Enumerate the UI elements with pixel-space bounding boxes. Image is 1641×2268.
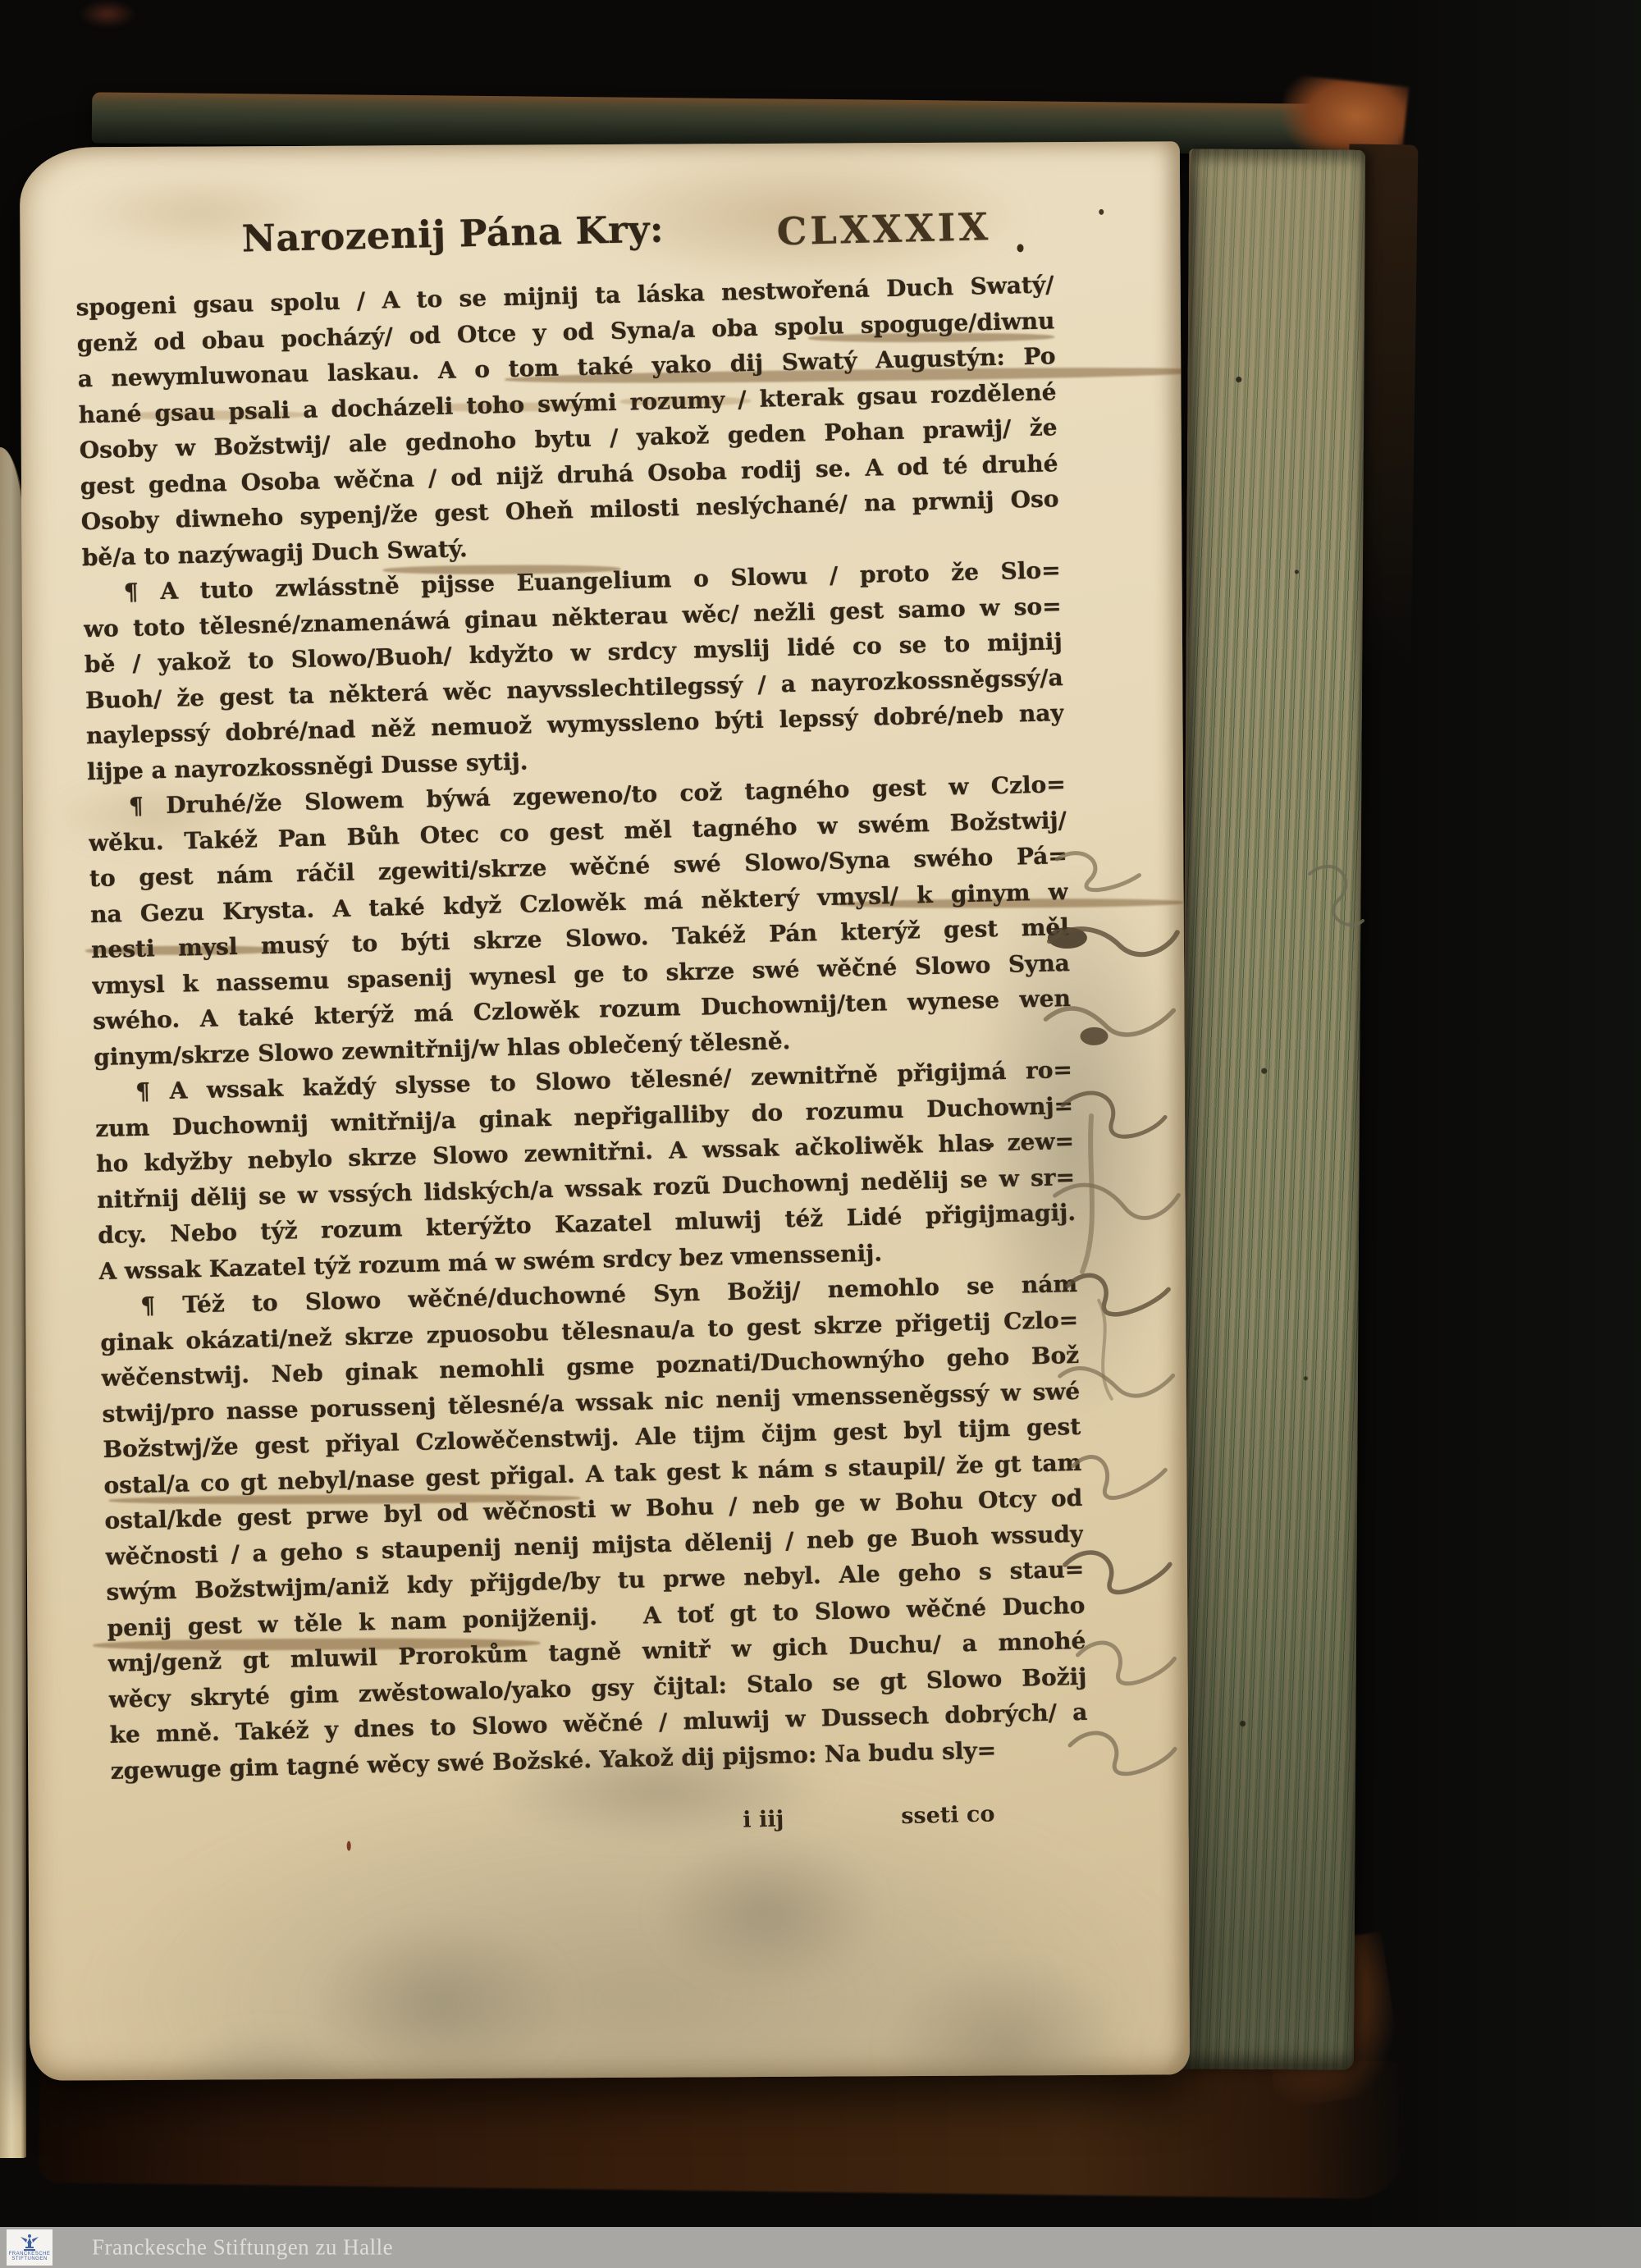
book-fore-edge <box>1177 149 1365 2069</box>
footer-bar: FRANCKESCHE STIFTUNGEN Franckesche Stift… <box>0 2227 1641 2268</box>
pen-curl-mark <box>1301 853 1375 952</box>
signature-mark: i iij <box>743 1807 784 1833</box>
eagle-emblem-icon <box>19 2234 40 2252</box>
fly-speck <box>1099 209 1104 215</box>
paragraph: ¶ A wssak každý slysse to Slowo tělesné/… <box>94 1052 1077 1289</box>
binding-smudge <box>79 0 136 28</box>
page-number: CLXXXIX <box>776 204 991 254</box>
book-page: Narozenij Pána Kry: CLXXXIX spogeni gsau… <box>20 141 1190 2080</box>
paragraph: spogeni gsau spolu / A to se mijnij ta l… <box>75 267 1060 575</box>
paragraph: ¶ Druhé/že Slowem býwá zgeweno/to což ta… <box>88 766 1072 1075</box>
paragraph: ¶ Též to Slowo wěčné/duchowné Syn Božij/… <box>99 1266 1089 1789</box>
body-text: spogeni gsau spolu / A to se mijnij ta l… <box>75 267 1089 1789</box>
logo-text-line2: STIFTUNGEN <box>11 2257 47 2261</box>
franckesche-stiftungen-logo: FRANCKESCHE STIFTUNGEN <box>7 2229 53 2266</box>
fly-speck <box>1017 244 1023 252</box>
handwritten-marginalia <box>1039 840 1190 1809</box>
institution-name: Franckesche Stiftungen zu Halle <box>92 2235 393 2261</box>
paragraph: ¶ A tuto zwlásstně pijsse Euangelium o S… <box>82 552 1065 789</box>
water-stain <box>652 1833 883 1990</box>
catchword: sseti co <box>901 1801 995 1829</box>
